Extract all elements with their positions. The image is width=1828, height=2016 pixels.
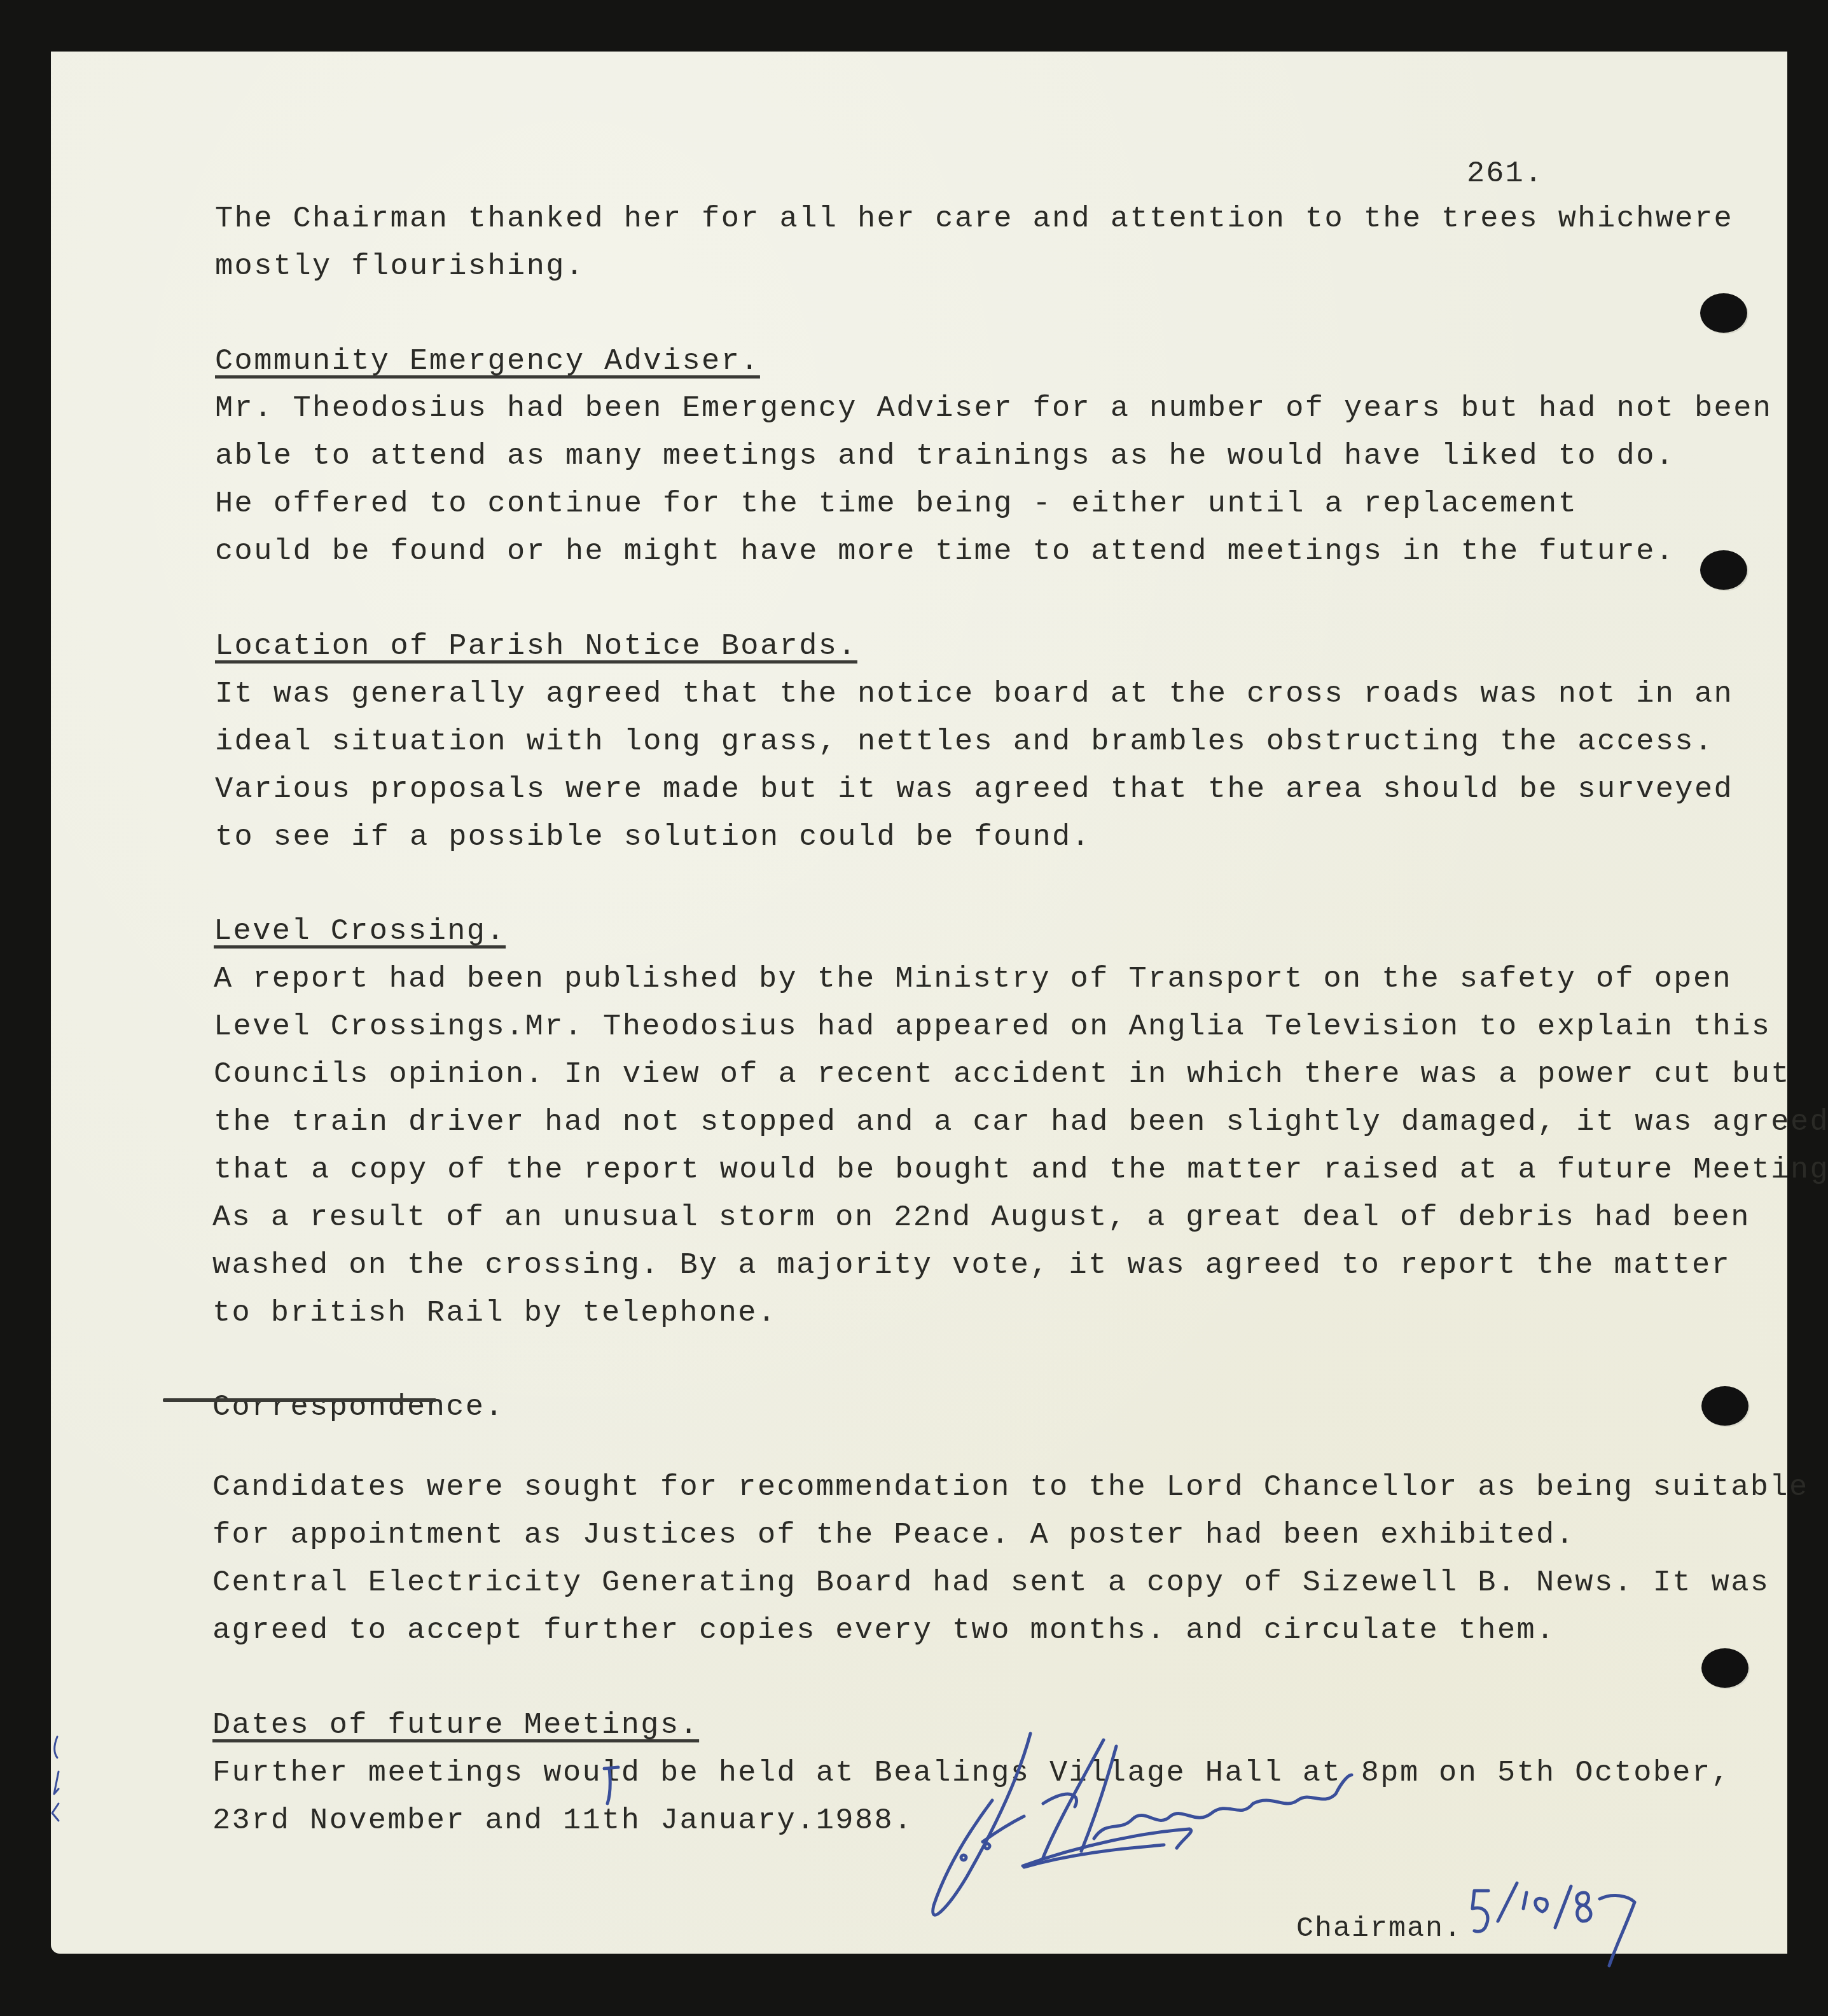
signature-icon xyxy=(933,1734,1352,1915)
handwriting-layer xyxy=(0,0,1828,2016)
margin-tick-icon xyxy=(54,1772,59,1794)
correction-mark-icon xyxy=(604,1767,618,1804)
handwritten-date-icon xyxy=(1472,1883,1635,1966)
margin-tick-icon xyxy=(52,1804,59,1821)
margin-tick-icon xyxy=(55,1737,58,1758)
